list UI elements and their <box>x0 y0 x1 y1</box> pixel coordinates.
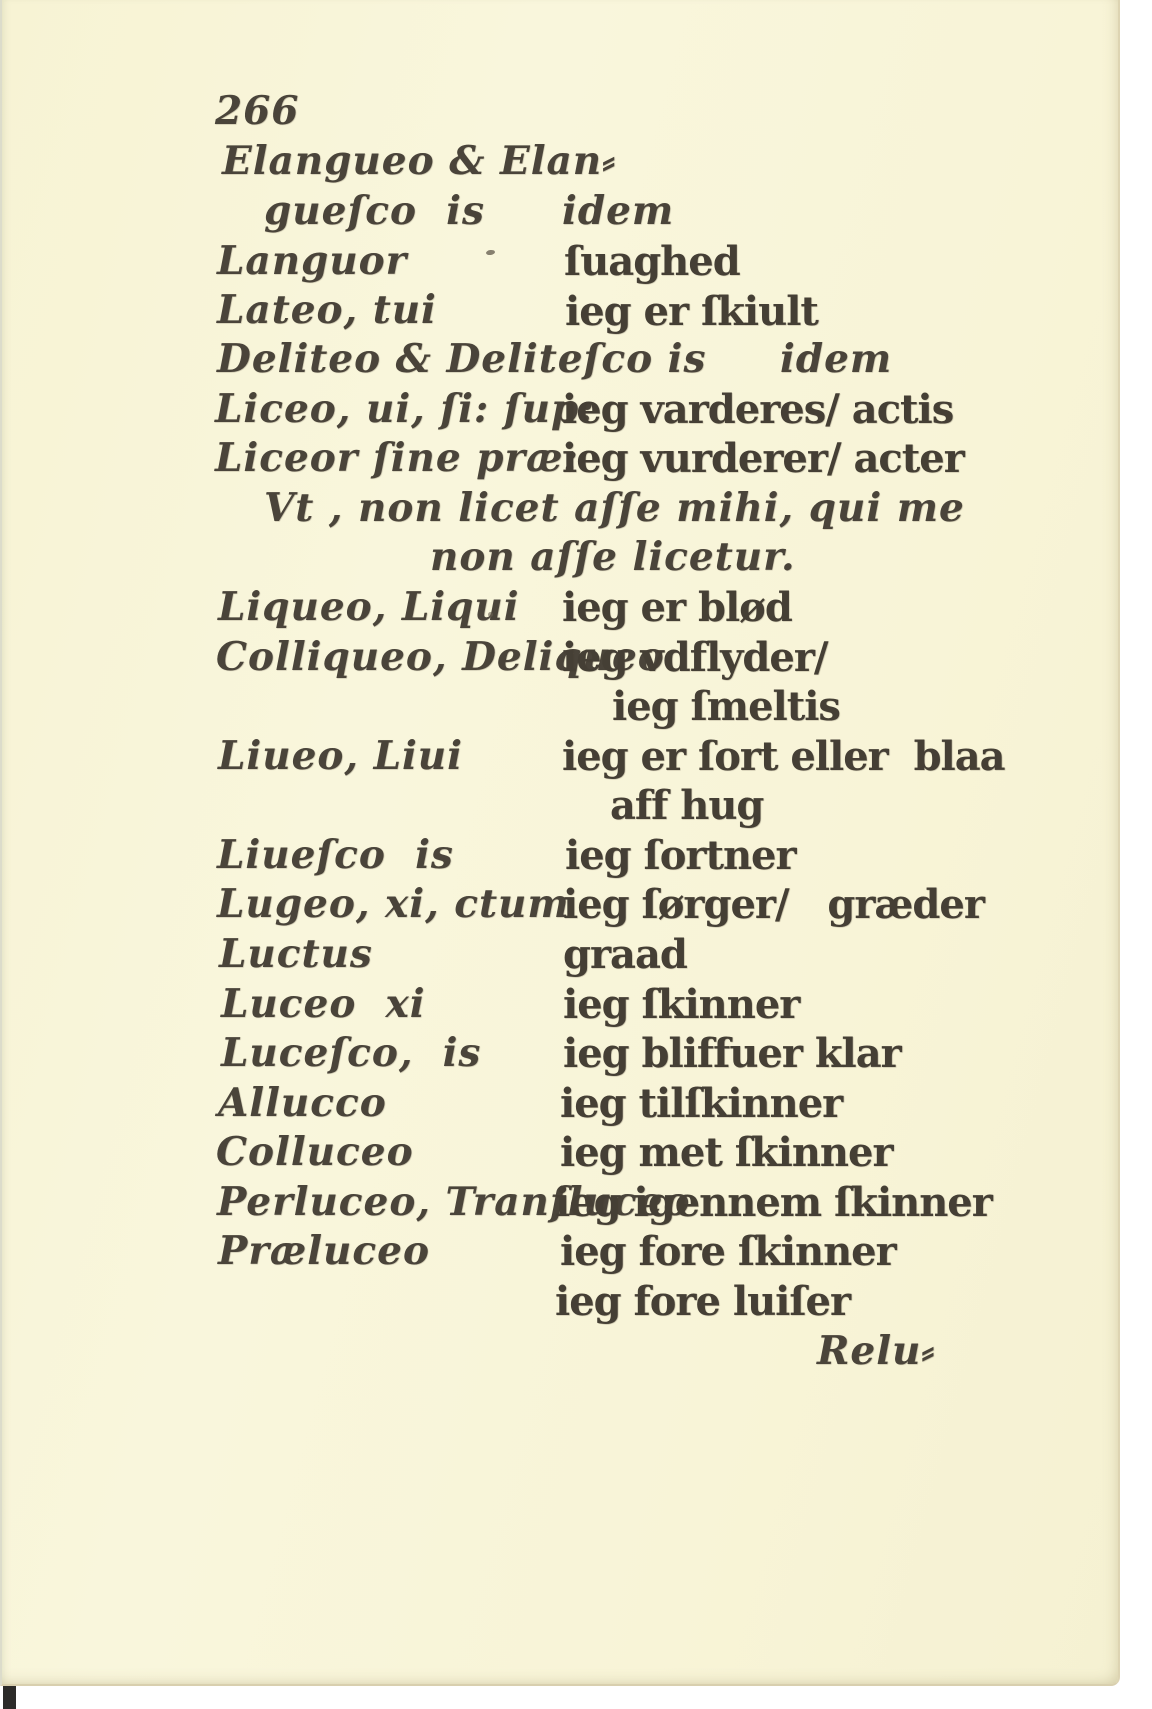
page-number: 266 <box>215 90 299 134</box>
latin-term: Liceo, ui, ſi: ſup: <box>215 388 595 432</box>
danish-translation: ieg fore luiſer <box>555 1280 850 1325</box>
ink-speck <box>486 249 496 255</box>
scanned-page: 266 Elangueo & Elan⸗ gueſco is idem Lang… <box>0 0 1152 1709</box>
latin-term: Colluceo <box>216 1131 414 1175</box>
latin-term: Præluceo <box>218 1230 430 1274</box>
scan-corner-artifact <box>3 1686 16 1709</box>
book-page: 266 Elangueo & Elan⸗ gueſco is idem Lang… <box>0 0 1120 1686</box>
danish-translation: ieg ſortner <box>565 834 796 879</box>
danish-translation: ieg vurderer/ acter <box>562 437 964 482</box>
latin-term: Liceor ſine præ: <box>215 437 579 481</box>
danish-translation: idem <box>562 190 674 234</box>
latin-term: Allucco <box>218 1082 387 1126</box>
danish-translation: ieg tilſkinner <box>560 1082 842 1127</box>
danish-translation: ieg ſkinner <box>563 983 799 1028</box>
danish-translation: ſuaghed <box>564 240 740 285</box>
latin-term: Luceo xi <box>221 983 426 1027</box>
danish-translation: ieg vdflyder/ <box>562 636 828 681</box>
danish-translation: ieg varderes/ actis <box>562 388 953 433</box>
danish-translation: ieg er ſkiult <box>565 290 818 335</box>
latin-term: Luceſco, is <box>221 1032 481 1076</box>
latin-term: Vt , non licet aſſe mihi, qui me <box>264 487 965 531</box>
latin-term: Languor <box>217 240 407 284</box>
danish-translation: ieg met ſkinner <box>560 1131 893 1176</box>
ink-speck <box>488 612 493 617</box>
latin-term: Deliteo & Deliteſco is <box>217 338 706 382</box>
latin-term: Lateo, tui <box>217 289 437 333</box>
danish-translation: ieg er blød <box>562 586 792 631</box>
latin-term: Liueo, Liui <box>218 735 463 779</box>
danish-translation: graad <box>563 933 687 978</box>
latin-term: gueſco is <box>264 190 485 234</box>
danish-translation: idem <box>780 338 892 382</box>
latin-term: Elangueo & Elan⸗ <box>222 140 616 184</box>
danish-translation: ieg igennem ſkinner <box>555 1181 992 1226</box>
danish-translation: ieg ſørger/ græder <box>563 883 984 928</box>
danish-translation: aff hug <box>610 784 763 829</box>
latin-term: Liqueo, Liqui <box>218 586 520 630</box>
danish-translation: ieg fore ſkinner <box>560 1230 896 1275</box>
latin-term: Luctus <box>219 933 373 977</box>
latin-term: non aſſe licetur. <box>430 536 796 580</box>
latin-term: Liueſco is <box>217 834 454 878</box>
danish-translation: ieg ſmeltis <box>612 685 840 730</box>
danish-translation: ieg er ſort eller blaa <box>562 735 1005 780</box>
latin-term: Lugeo, xi, ctum <box>217 883 570 927</box>
danish-translation: ieg bliffuer klar <box>563 1032 901 1077</box>
catchword: Relu⸗ <box>817 1330 935 1374</box>
